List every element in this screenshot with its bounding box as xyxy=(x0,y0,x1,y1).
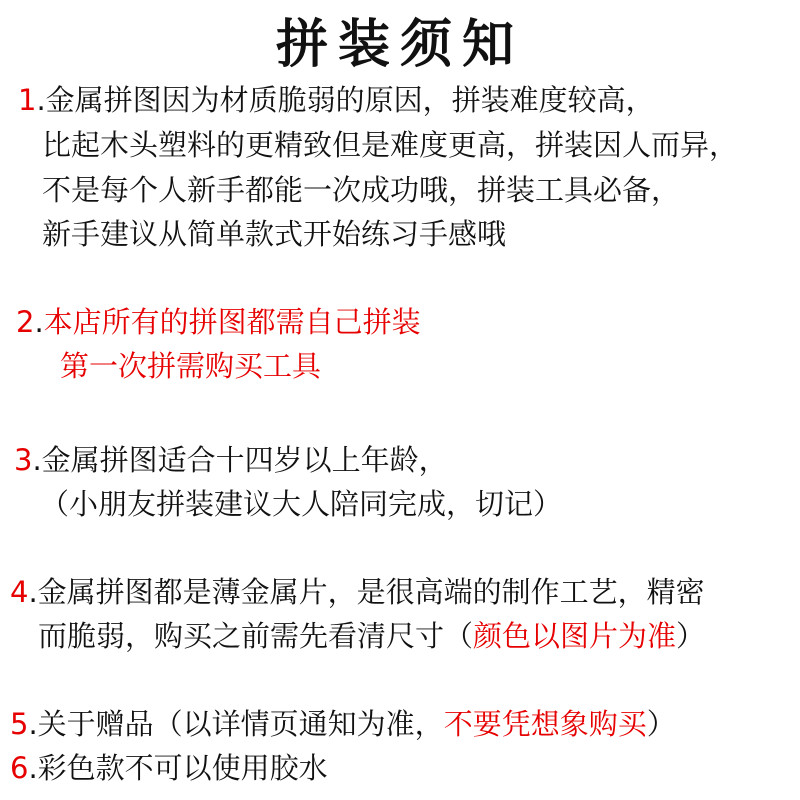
item-1-line-3: 不是每个人新手都能一次成功哦，拼装工具必备， xyxy=(42,170,680,210)
item-1-line-4: 新手建议从简单款式开始练习手感哦 xyxy=(42,214,506,254)
item-3-line-1: 3.金属拼图适合十四岁以上年龄， xyxy=(14,440,448,480)
item-number: 2 xyxy=(16,305,34,339)
item-number: 5 xyxy=(10,707,28,741)
item-6-line: 6.彩色款不可以使用胶水 xyxy=(10,748,328,788)
item-4-line-1: 4.金属拼图都是薄金属片，是很高端的制作工艺，精密 xyxy=(10,572,705,612)
item-2-line-2: 第一次拼需购买工具 xyxy=(60,346,321,386)
item-1-line-2: 比起木头塑料的更精致但是难度更高，拼装因人而异， xyxy=(42,125,738,165)
item-number: 4 xyxy=(10,575,28,609)
item-1-line-1: 1.金属拼图因为材质脆弱的原因，拼装难度较高， xyxy=(18,80,655,120)
item-3-line-2: （小朋友拼装建议大人陪同完成，切记） xyxy=(40,484,562,524)
page-title: 拼装须知 xyxy=(0,14,800,76)
highlight-text: 不要凭想象购买 xyxy=(444,707,647,741)
item-number: 3 xyxy=(14,443,32,477)
item-number: 6 xyxy=(10,751,28,785)
item-5-line: 5.关于赠品（以详情页通知为准，不要凭想象购买） xyxy=(10,704,676,744)
item-4-line-2: 而脆弱，购买之前需先看清尺寸（颜色以图片为准） xyxy=(38,616,705,656)
highlight-text: 颜色以图片为准 xyxy=(473,619,676,653)
item-number: 1 xyxy=(18,83,36,117)
item-2-line-1: 2.本店所有的拼图都需自己拼装 xyxy=(16,302,421,342)
